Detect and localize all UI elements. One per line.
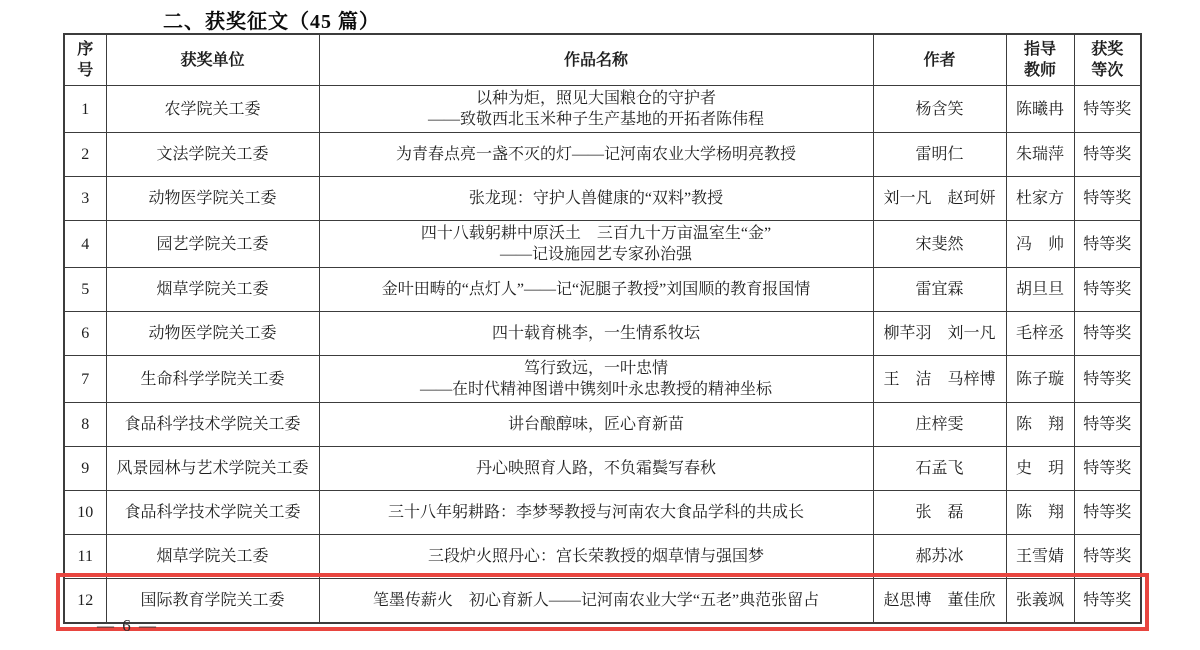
cell-title: 丹心映照育人路，不负霜鬓写春秋 [319,447,873,491]
cell-title: 张龙现：守护人兽健康的“双料”教授 [319,177,873,221]
cell-no: 6 [64,312,106,356]
table-row: 5烟草学院关工委金叶田畴的“点灯人”——记“泥腿子教授”刘国顺的教育报国情雷宜霖… [64,268,1141,312]
header-row: 序 号 获奖单位 作品名称 作者 指导 教师 获奖 等次 [64,34,1141,86]
cell-teacher: 陈曦冉 [1006,86,1074,133]
cell-no: 7 [64,356,106,403]
cell-no: 8 [64,403,106,447]
table-row: 6动物医学院关工委四十载育桃李，一生情系牧坛柳芊羽 刘一凡毛梓丞特等奖 [64,312,1141,356]
cell-unit: 园艺学院关工委 [106,221,319,268]
cell-teacher: 史 玥 [1006,447,1074,491]
cell-unit: 生命科学学院关工委 [106,356,319,403]
table-row: 9风景园林与艺术学院关工委丹心映照育人路，不负霜鬓写春秋石孟飞史 玥特等奖 [64,447,1141,491]
table-row: 7生命科学学院关工委笃行致远，一叶忠情 ——在时代精神图谱中镌刻叶永忠教授的精神… [64,356,1141,403]
cell-title: 笔墨传薪火 初心育新人——记河南农业大学“五老”典范张留占 [319,579,873,624]
cell-award: 特等奖 [1074,133,1141,177]
cell-authors: 宋斐然 [873,221,1006,268]
cell-no: 4 [64,221,106,268]
table-row: 4园艺学院关工委四十八载躬耕中原沃土 三百九十万亩温室生“金” ——记设施园艺专… [64,221,1141,268]
cell-teacher: 冯 帅 [1006,221,1074,268]
table-header: 序 号 获奖单位 作品名称 作者 指导 教师 获奖 等次 [64,34,1141,86]
header-cell-unit: 获奖单位 [106,34,319,86]
cell-no: 3 [64,177,106,221]
table-row: 2文法学院关工委为青春点亮一盏不灭的灯——记河南农业大学杨明亮教授雷明仁朱瑞萍特… [64,133,1141,177]
cell-unit: 文法学院关工委 [106,133,319,177]
cell-award: 特等奖 [1074,268,1141,312]
cell-teacher: 杜家方 [1006,177,1074,221]
cell-authors: 刘一凡 赵珂妍 [873,177,1006,221]
cell-award: 特等奖 [1074,221,1141,268]
table-row: 1农学院关工委以种为炬，照见大国粮仓的守护者 ——致敬西北玉米种子生产基地的开拓… [64,86,1141,133]
cell-award: 特等奖 [1074,579,1141,624]
cell-authors: 王 洁 马梓博 [873,356,1006,403]
header-cell-award: 获奖 等次 [1074,34,1141,86]
cell-title: 三段炉火照丹心：宫长荣教授的烟草情与强国梦 [319,535,873,579]
document-page: 二、获奖征文（45 篇） 序 号 获奖单位 作品名称 作者 指导 教师 获奖 等… [0,0,1200,650]
table-row: 3动物医学院关工委张龙现：守护人兽健康的“双料”教授刘一凡 赵珂妍杜家方特等奖 [64,177,1141,221]
cell-authors: 赵思博 董佳欣 [873,579,1006,624]
cell-title: 为青春点亮一盏不灭的灯——记河南农业大学杨明亮教授 [319,133,873,177]
cell-teacher: 胡旦旦 [1006,268,1074,312]
cell-authors: 张 磊 [873,491,1006,535]
table-row: 11烟草学院关工委三段炉火照丹心：宫长荣教授的烟草情与强国梦郝苏冰王雪婧特等奖 [64,535,1141,579]
header-cell-authors: 作者 [873,34,1006,86]
header-cell-title: 作品名称 [319,34,873,86]
cell-no: 10 [64,491,106,535]
cell-unit: 动物医学院关工委 [106,312,319,356]
cell-title: 讲台酿醇味，匠心育新苗 [319,403,873,447]
cell-no: 1 [64,86,106,133]
table-body: 1农学院关工委以种为炬，照见大国粮仓的守护者 ——致敬西北玉米种子生产基地的开拓… [64,86,1141,624]
cell-award: 特等奖 [1074,312,1141,356]
cell-unit: 烟草学院关工委 [106,535,319,579]
cell-authors: 郝苏冰 [873,535,1006,579]
cell-unit: 烟草学院关工委 [106,268,319,312]
awards-table: 序 号 获奖单位 作品名称 作者 指导 教师 获奖 等次 1农学院关工委以种为炬… [63,33,1142,624]
header-cell-no: 序 号 [64,34,106,86]
cell-award: 特等奖 [1074,86,1141,133]
cell-unit: 食品科学技术学院关工委 [106,403,319,447]
cell-award: 特等奖 [1074,447,1141,491]
cell-teacher: 陈子璇 [1006,356,1074,403]
cell-no: 9 [64,447,106,491]
cell-authors: 杨含笑 [873,86,1006,133]
cell-teacher: 陈 翔 [1006,403,1074,447]
cell-award: 特等奖 [1074,356,1141,403]
cell-authors: 石孟飞 [873,447,1006,491]
cell-unit: 动物医学院关工委 [106,177,319,221]
header-cell-teacher: 指导 教师 [1006,34,1074,86]
cell-title: 四十八载躬耕中原沃土 三百九十万亩温室生“金” ——记设施园艺专家孙治强 [319,221,873,268]
cell-award: 特等奖 [1074,491,1141,535]
table-row: 10食品科学技术学院关工委三十八年躬耕路：李梦琴教授与河南农大食品学科的共成长张… [64,491,1141,535]
cell-title: 四十载育桃李，一生情系牧坛 [319,312,873,356]
cell-teacher: 王雪婧 [1006,535,1074,579]
cell-no: 2 [64,133,106,177]
section-title: 二、获奖征文（45 篇） [163,5,380,34]
cell-unit: 农学院关工委 [106,86,319,133]
cell-award: 特等奖 [1074,403,1141,447]
cell-teacher: 朱瑞萍 [1006,133,1074,177]
cell-teacher: 张義飒 [1006,579,1074,624]
cell-teacher: 陈 翔 [1006,491,1074,535]
cell-award: 特等奖 [1074,177,1141,221]
cell-authors: 雷明仁 [873,133,1006,177]
table-row: 12国际教育学院关工委笔墨传薪火 初心育新人——记河南农业大学“五老”典范张留占… [64,579,1141,624]
cell-authors: 柳芊羽 刘一凡 [873,312,1006,356]
cell-title: 以种为炬，照见大国粮仓的守护者 ——致敬西北玉米种子生产基地的开拓者陈伟程 [319,86,873,133]
page-number: — 6 — [97,616,158,636]
table-row: 8食品科学技术学院关工委讲台酿醇味，匠心育新苗庄梓雯陈 翔特等奖 [64,403,1141,447]
cell-title: 金叶田畴的“点灯人”——记“泥腿子教授”刘国顺的教育报国情 [319,268,873,312]
cell-teacher: 毛梓丞 [1006,312,1074,356]
cell-authors: 雷宜霖 [873,268,1006,312]
cell-award: 特等奖 [1074,535,1141,579]
cell-no: 11 [64,535,106,579]
cell-authors: 庄梓雯 [873,403,1006,447]
cell-unit: 风景园林与艺术学院关工委 [106,447,319,491]
cell-unit: 食品科学技术学院关工委 [106,491,319,535]
cell-title: 三十八年躬耕路：李梦琴教授与河南农大食品学科的共成长 [319,491,873,535]
cell-no: 5 [64,268,106,312]
cell-title: 笃行致远，一叶忠情 ——在时代精神图谱中镌刻叶永忠教授的精神坐标 [319,356,873,403]
